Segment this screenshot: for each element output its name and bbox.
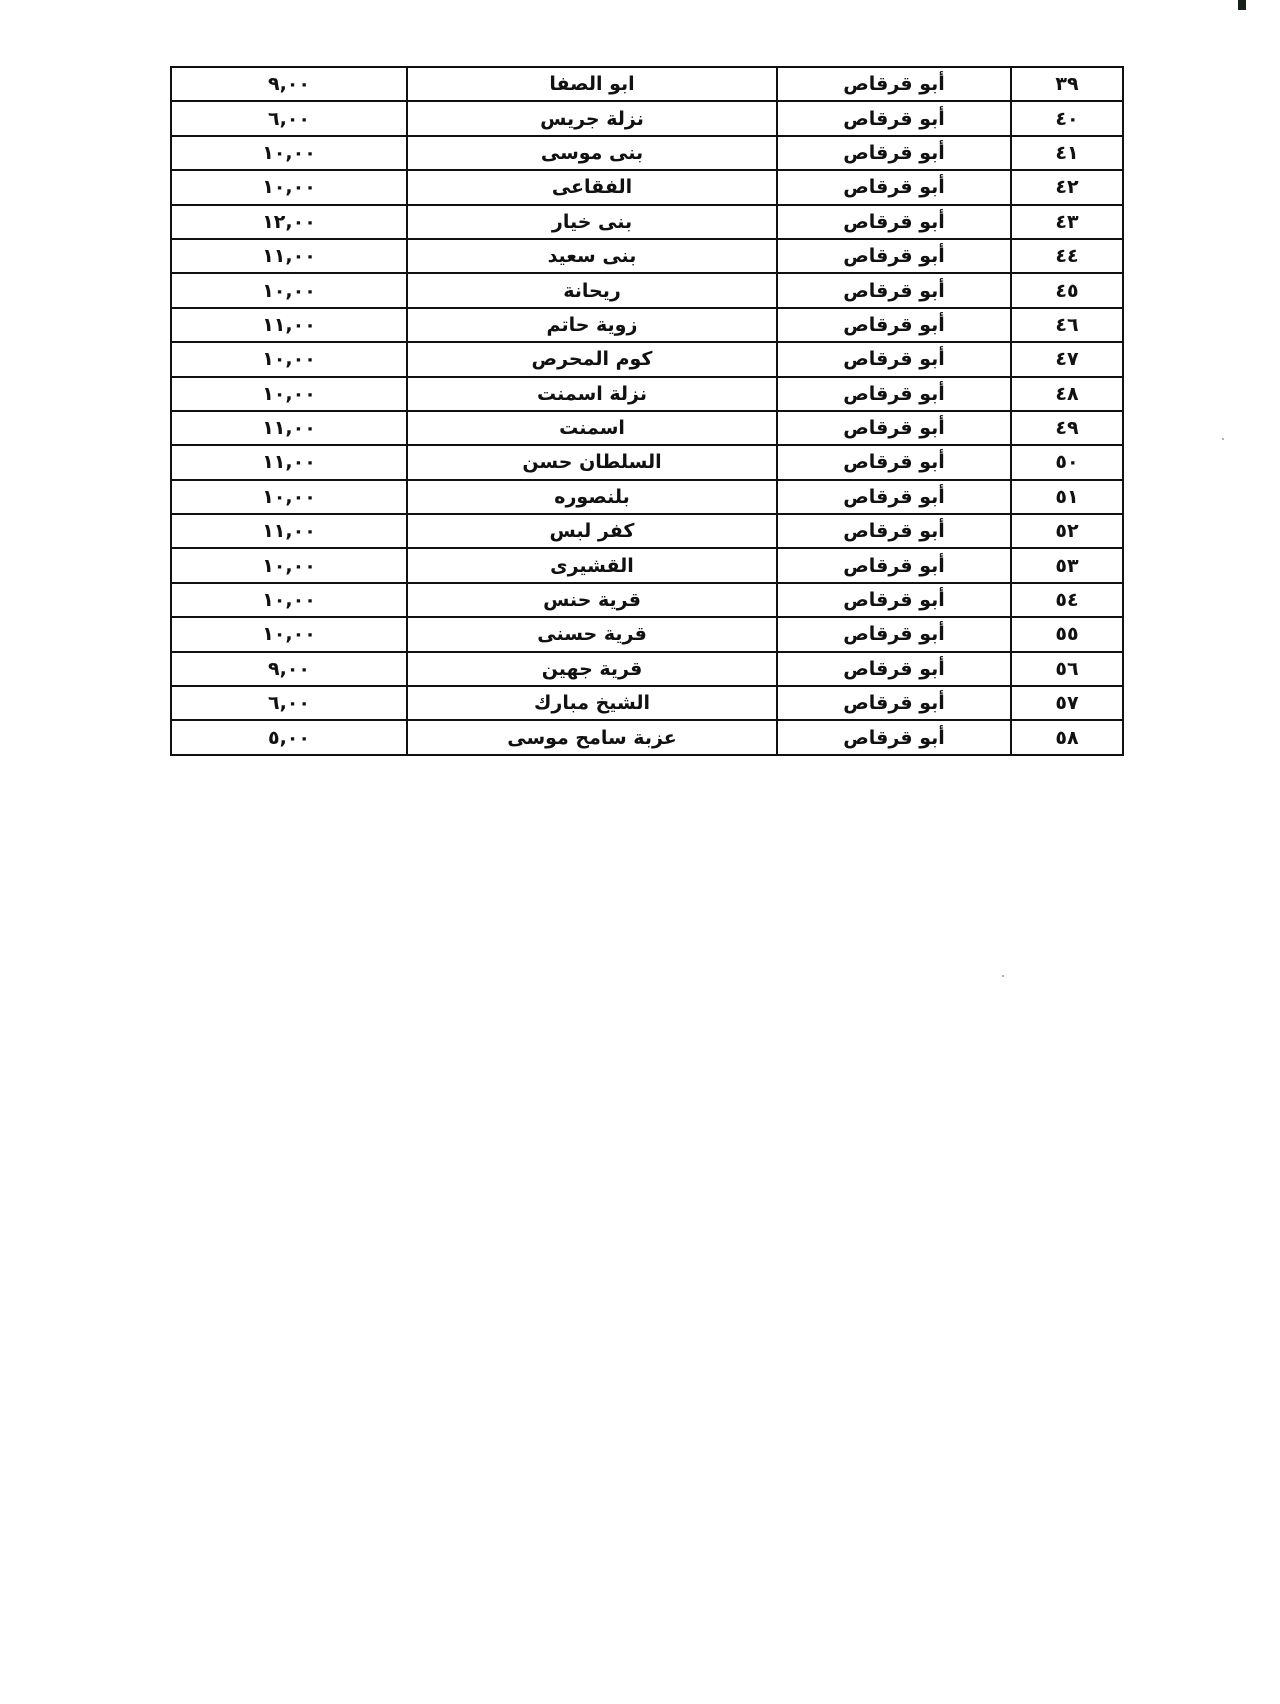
village-name-cell: نزلة اسمنت — [407, 377, 777, 411]
table-row: ٥٣أبو قرقاصالقشيرى١٠,٠٠ — [171, 548, 1123, 582]
value-cell: ١١,٠٠ — [171, 514, 407, 548]
row-number-cell: ٥٦ — [1011, 652, 1123, 686]
village-name-cell: قرية حنس — [407, 583, 777, 617]
scan-speck — [1002, 975, 1004, 977]
village-name-cell: عزبة سامح موسى — [407, 720, 777, 754]
village-name-cell: اسمنت — [407, 411, 777, 445]
row-number-cell: ٤٨ — [1011, 377, 1123, 411]
village-name-cell: كفر لبس — [407, 514, 777, 548]
table-row: ٥٧أبو قرقاصالشيخ مبارك٦,٠٠ — [171, 686, 1123, 720]
table-row: ٣٩أبو قرقاصابو الصفا٩,٠٠ — [171, 67, 1123, 101]
village-name-cell: القشيرى — [407, 548, 777, 582]
row-number-cell: ٥٨ — [1011, 720, 1123, 754]
table-row: ٥١أبو قرقاصبلنصوره١٠,٠٠ — [171, 480, 1123, 514]
village-name-cell: بنى سعيد — [407, 239, 777, 273]
value-cell: ١١,٠٠ — [171, 239, 407, 273]
village-name-cell: بنى موسى — [407, 136, 777, 170]
scanned-page: ٣٩أبو قرقاصابو الصفا٩,٠٠٤٠أبو قرقاصنزلة … — [0, 0, 1280, 1704]
village-name-cell: الفقاعى — [407, 170, 777, 204]
village-name-cell: الشيخ مبارك — [407, 686, 777, 720]
value-cell: ٩,٠٠ — [171, 652, 407, 686]
villages-table: ٣٩أبو قرقاصابو الصفا٩,٠٠٤٠أبو قرقاصنزلة … — [170, 66, 1124, 756]
value-cell: ١١,٠٠ — [171, 308, 407, 342]
value-cell: ٥,٠٠ — [171, 720, 407, 754]
village-name-cell: بنى خيار — [407, 205, 777, 239]
value-cell: ١٠,٠٠ — [171, 583, 407, 617]
row-number-cell: ٥٧ — [1011, 686, 1123, 720]
row-number-cell: ٥٢ — [1011, 514, 1123, 548]
table-row: ٥٨أبو قرقاصعزبة سامح موسى٥,٠٠ — [171, 720, 1123, 754]
table-row: ٥٤أبو قرقاصقرية حنس١٠,٠٠ — [171, 583, 1123, 617]
table-row: ٥٠أبو قرقاصالسلطان حسن١١,٠٠ — [171, 445, 1123, 479]
center-name-cell: أبو قرقاص — [777, 101, 1011, 135]
center-name-cell: أبو قرقاص — [777, 273, 1011, 307]
center-name-cell: أبو قرقاص — [777, 652, 1011, 686]
center-name-cell: أبو قرقاص — [777, 514, 1011, 548]
village-name-cell: نزلة جريس — [407, 101, 777, 135]
scan-corner-mark — [1238, 0, 1246, 10]
village-name-cell: بلنصوره — [407, 480, 777, 514]
center-name-cell: أبو قرقاص — [777, 411, 1011, 445]
table-row: ٤٣أبو قرقاصبنى خيار١٢,٠٠ — [171, 205, 1123, 239]
village-name-cell: ريحانة — [407, 273, 777, 307]
value-cell: ١١,٠٠ — [171, 445, 407, 479]
table-row: ٤٠أبو قرقاصنزلة جريس٦,٠٠ — [171, 101, 1123, 135]
row-number-cell: ٤٥ — [1011, 273, 1123, 307]
row-number-cell: ٤٩ — [1011, 411, 1123, 445]
center-name-cell: أبو قرقاص — [777, 377, 1011, 411]
center-name-cell: أبو قرقاص — [777, 583, 1011, 617]
value-cell: ٩,٠٠ — [171, 67, 407, 101]
table-row: ٥٦أبو قرقاصقرية جهين٩,٠٠ — [171, 652, 1123, 686]
village-name-cell: قرية حسنى — [407, 617, 777, 651]
scan-speck — [1222, 438, 1224, 440]
value-cell: ١٠,٠٠ — [171, 273, 407, 307]
center-name-cell: أبو قرقاص — [777, 342, 1011, 376]
row-number-cell: ٤٦ — [1011, 308, 1123, 342]
table-row: ٤٩أبو قرقاصاسمنت١١,٠٠ — [171, 411, 1123, 445]
row-number-cell: ٤٣ — [1011, 205, 1123, 239]
table-row: ٤٦أبو قرقاصزوية حاتم١١,٠٠ — [171, 308, 1123, 342]
row-number-cell: ٣٩ — [1011, 67, 1123, 101]
center-name-cell: أبو قرقاص — [777, 170, 1011, 204]
village-name-cell: ابو الصفا — [407, 67, 777, 101]
value-cell: ١٠,٠٠ — [171, 170, 407, 204]
row-number-cell: ٤٠ — [1011, 101, 1123, 135]
villages-table-container: ٣٩أبو قرقاصابو الصفا٩,٠٠٤٠أبو قرقاصنزلة … — [170, 66, 1114, 756]
table-row: ٤١أبو قرقاصبنى موسى١٠,٠٠ — [171, 136, 1123, 170]
center-name-cell: أبو قرقاص — [777, 686, 1011, 720]
row-number-cell: ٤٢ — [1011, 170, 1123, 204]
value-cell: ١٠,٠٠ — [171, 377, 407, 411]
value-cell: ٦,٠٠ — [171, 686, 407, 720]
table-row: ٥٥أبو قرقاصقرية حسنى١٠,٠٠ — [171, 617, 1123, 651]
value-cell: ١١,٠٠ — [171, 411, 407, 445]
value-cell: ١٠,٠٠ — [171, 617, 407, 651]
village-name-cell: كوم المحرص — [407, 342, 777, 376]
value-cell: ٦,٠٠ — [171, 101, 407, 135]
table-row: ٤٤أبو قرقاصبنى سعيد١١,٠٠ — [171, 239, 1123, 273]
table-row: ٤٧أبو قرقاصكوم المحرص١٠,٠٠ — [171, 342, 1123, 376]
village-name-cell: قرية جهين — [407, 652, 777, 686]
center-name-cell: أبو قرقاص — [777, 136, 1011, 170]
table-body: ٣٩أبو قرقاصابو الصفا٩,٠٠٤٠أبو قرقاصنزلة … — [171, 67, 1123, 755]
row-number-cell: ٥١ — [1011, 480, 1123, 514]
center-name-cell: أبو قرقاص — [777, 617, 1011, 651]
village-name-cell: زوية حاتم — [407, 308, 777, 342]
value-cell: ١٠,٠٠ — [171, 136, 407, 170]
value-cell: ١٠,٠٠ — [171, 480, 407, 514]
center-name-cell: أبو قرقاص — [777, 239, 1011, 273]
value-cell: ١٢,٠٠ — [171, 205, 407, 239]
village-name-cell: السلطان حسن — [407, 445, 777, 479]
center-name-cell: أبو قرقاص — [777, 308, 1011, 342]
row-number-cell: ٥٥ — [1011, 617, 1123, 651]
row-number-cell: ٤١ — [1011, 136, 1123, 170]
row-number-cell: ٥٤ — [1011, 583, 1123, 617]
center-name-cell: أبو قرقاص — [777, 480, 1011, 514]
center-name-cell: أبو قرقاص — [777, 67, 1011, 101]
row-number-cell: ٤٤ — [1011, 239, 1123, 273]
center-name-cell: أبو قرقاص — [777, 205, 1011, 239]
center-name-cell: أبو قرقاص — [777, 720, 1011, 754]
center-name-cell: أبو قرقاص — [777, 445, 1011, 479]
center-name-cell: أبو قرقاص — [777, 548, 1011, 582]
value-cell: ١٠,٠٠ — [171, 548, 407, 582]
table-row: ٥٢أبو قرقاصكفر لبس١١,٠٠ — [171, 514, 1123, 548]
row-number-cell: ٤٧ — [1011, 342, 1123, 376]
table-row: ٤٥أبو قرقاصريحانة١٠,٠٠ — [171, 273, 1123, 307]
table-row: ٤٢أبو قرقاصالفقاعى١٠,٠٠ — [171, 170, 1123, 204]
row-number-cell: ٥٣ — [1011, 548, 1123, 582]
value-cell: ١٠,٠٠ — [171, 342, 407, 376]
row-number-cell: ٥٠ — [1011, 445, 1123, 479]
table-row: ٤٨أبو قرقاصنزلة اسمنت١٠,٠٠ — [171, 377, 1123, 411]
